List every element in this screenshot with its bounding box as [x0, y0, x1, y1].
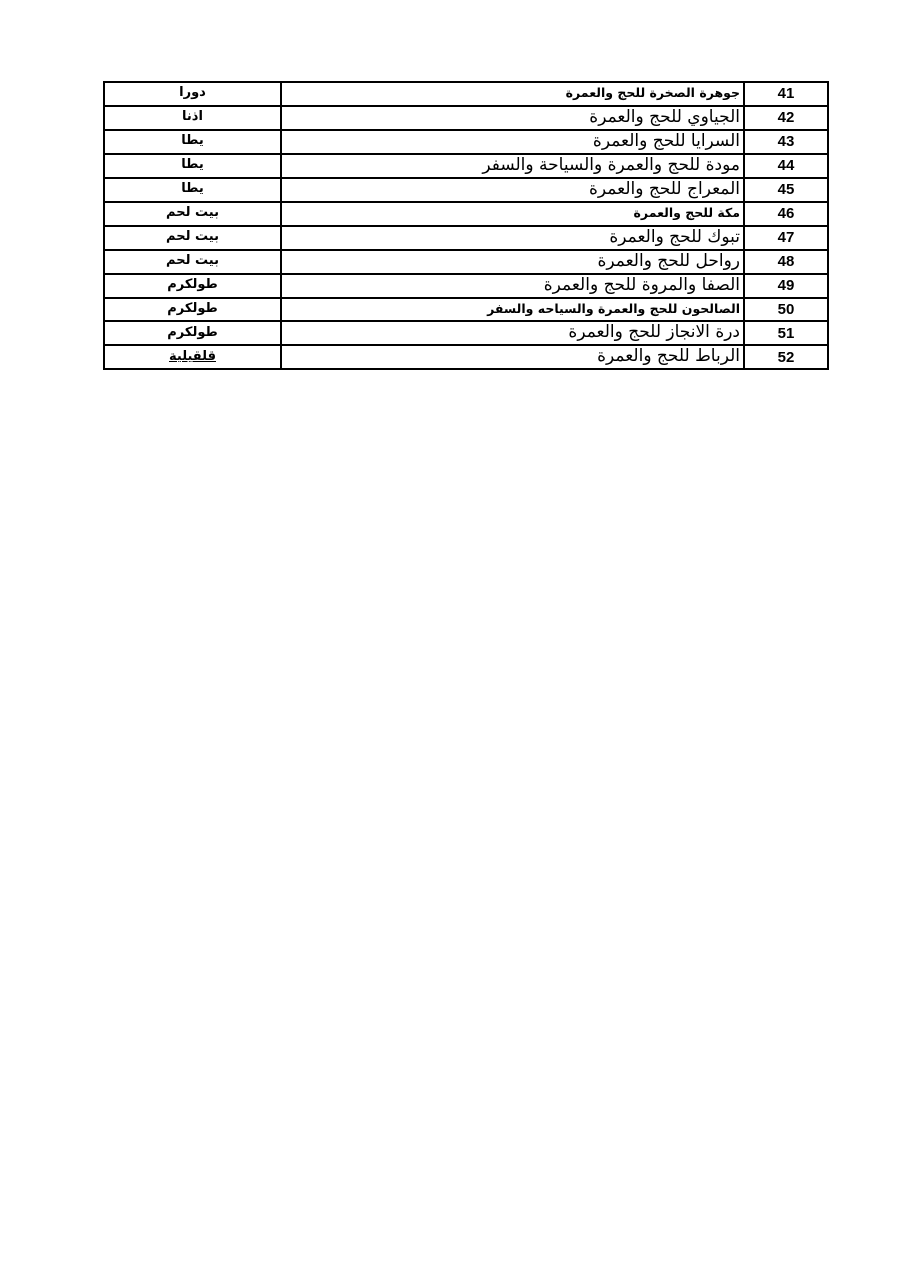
company-name-cell: مكة للحج والعمرة	[281, 202, 744, 226]
city-cell: يطا	[104, 154, 281, 178]
city-cell: طولكرم	[104, 298, 281, 322]
city-cell: قلقيلية	[104, 345, 281, 369]
city-cell: اذنا	[104, 106, 281, 130]
company-name-cell: الصفا والمروة للحج والعمرة	[281, 274, 744, 298]
city-cell: بيت لحم	[104, 202, 281, 226]
row-number-cell: 48	[744, 250, 828, 274]
company-name-cell: السرايا للحج والعمرة	[281, 130, 744, 154]
row-number-cell: 45	[744, 178, 828, 202]
company-name-cell: الصالحون للحج والعمرة والسياحه والسفر	[281, 298, 744, 322]
city-cell: بيت لحم	[104, 226, 281, 250]
city-cell: يطا	[104, 130, 281, 154]
table-row: 48 رواحل للحج والعمرة بيت لحم	[104, 250, 828, 274]
table-row: 43 السرايا للحج والعمرة يطا	[104, 130, 828, 154]
city-cell: طولكرم	[104, 321, 281, 345]
company-name-cell: تبوك للحج والعمرة	[281, 226, 744, 250]
city-cell: بيت لحم	[104, 250, 281, 274]
row-number-cell: 49	[744, 274, 828, 298]
company-name-cell: الجياوي للحج والعمرة	[281, 106, 744, 130]
company-name-cell: درة الانجاز للحج والعمرة	[281, 321, 744, 345]
table-row: 50 الصالحون للحج والعمرة والسياحه والسفر…	[104, 298, 828, 322]
row-number-cell: 50	[744, 298, 828, 322]
table-row: 42 الجياوي للحج والعمرة اذنا	[104, 106, 828, 130]
row-number-cell: 52	[744, 345, 828, 369]
agencies-table: 41 جوهرة الصخرة للحج والعمرة دورا 42 الج…	[103, 81, 829, 370]
table-row: 47 تبوك للحج والعمرة بيت لحم	[104, 226, 828, 250]
row-number-cell: 46	[744, 202, 828, 226]
document-page: 41 جوهرة الصخرة للحج والعمرة دورا 42 الج…	[0, 0, 905, 1280]
agencies-table-body: 41 جوهرة الصخرة للحج والعمرة دورا 42 الج…	[104, 82, 828, 369]
table-row: 49 الصفا والمروة للحج والعمرة طولكرم	[104, 274, 828, 298]
row-number-cell: 42	[744, 106, 828, 130]
table-row: 45 المعراج للحج والعمرة يطا	[104, 178, 828, 202]
city-cell: طولكرم	[104, 274, 281, 298]
table-row: 51 درة الانجاز للحج والعمرة طولكرم	[104, 321, 828, 345]
table-row: 41 جوهرة الصخرة للحج والعمرة دورا	[104, 82, 828, 106]
company-name-cell: جوهرة الصخرة للحج والعمرة	[281, 82, 744, 106]
row-number-cell: 47	[744, 226, 828, 250]
company-name-cell: رواحل للحج والعمرة	[281, 250, 744, 274]
row-number-cell: 43	[744, 130, 828, 154]
city-cell: دورا	[104, 82, 281, 106]
city-cell: يطا	[104, 178, 281, 202]
company-name-cell: الرباط للحج والعمرة	[281, 345, 744, 369]
table-row: 44 مودة للحج والعمرة والسياحة والسفر يطا	[104, 154, 828, 178]
row-number-cell: 41	[744, 82, 828, 106]
table-row: 52 الرباط للحج والعمرة قلقيلية	[104, 345, 828, 369]
table-row: 46 مكة للحج والعمرة بيت لحم	[104, 202, 828, 226]
company-name-cell: مودة للحج والعمرة والسياحة والسفر	[281, 154, 744, 178]
row-number-cell: 44	[744, 154, 828, 178]
company-name-cell: المعراج للحج والعمرة	[281, 178, 744, 202]
row-number-cell: 51	[744, 321, 828, 345]
